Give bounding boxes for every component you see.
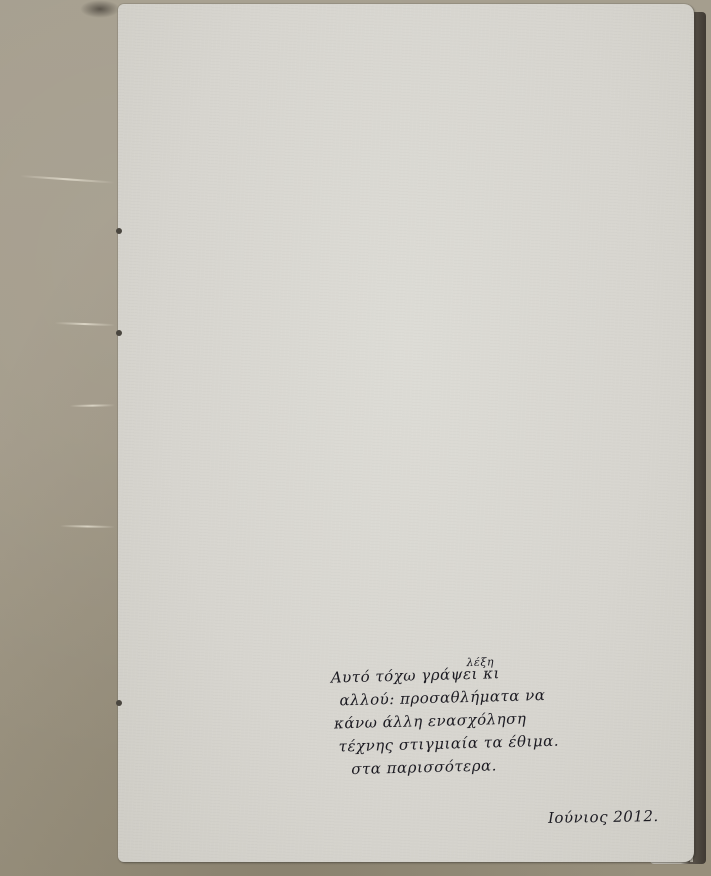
cover-crease [60, 525, 115, 528]
binding-stitch [116, 700, 122, 706]
cover-crease [55, 322, 115, 326]
note-date: Ιούνιος 2012. [548, 807, 659, 827]
binding-stitch [116, 330, 122, 336]
note-insertion: λέξη [466, 650, 494, 674]
binding-stitch [116, 228, 122, 234]
cover-crease [70, 404, 115, 407]
handwritten-note: λέξη Αυτό τόχω γράψει κι αλλού: προσαθλή… [327, 657, 690, 781]
cover-shadow [80, 0, 120, 18]
cover-crease [20, 175, 115, 184]
